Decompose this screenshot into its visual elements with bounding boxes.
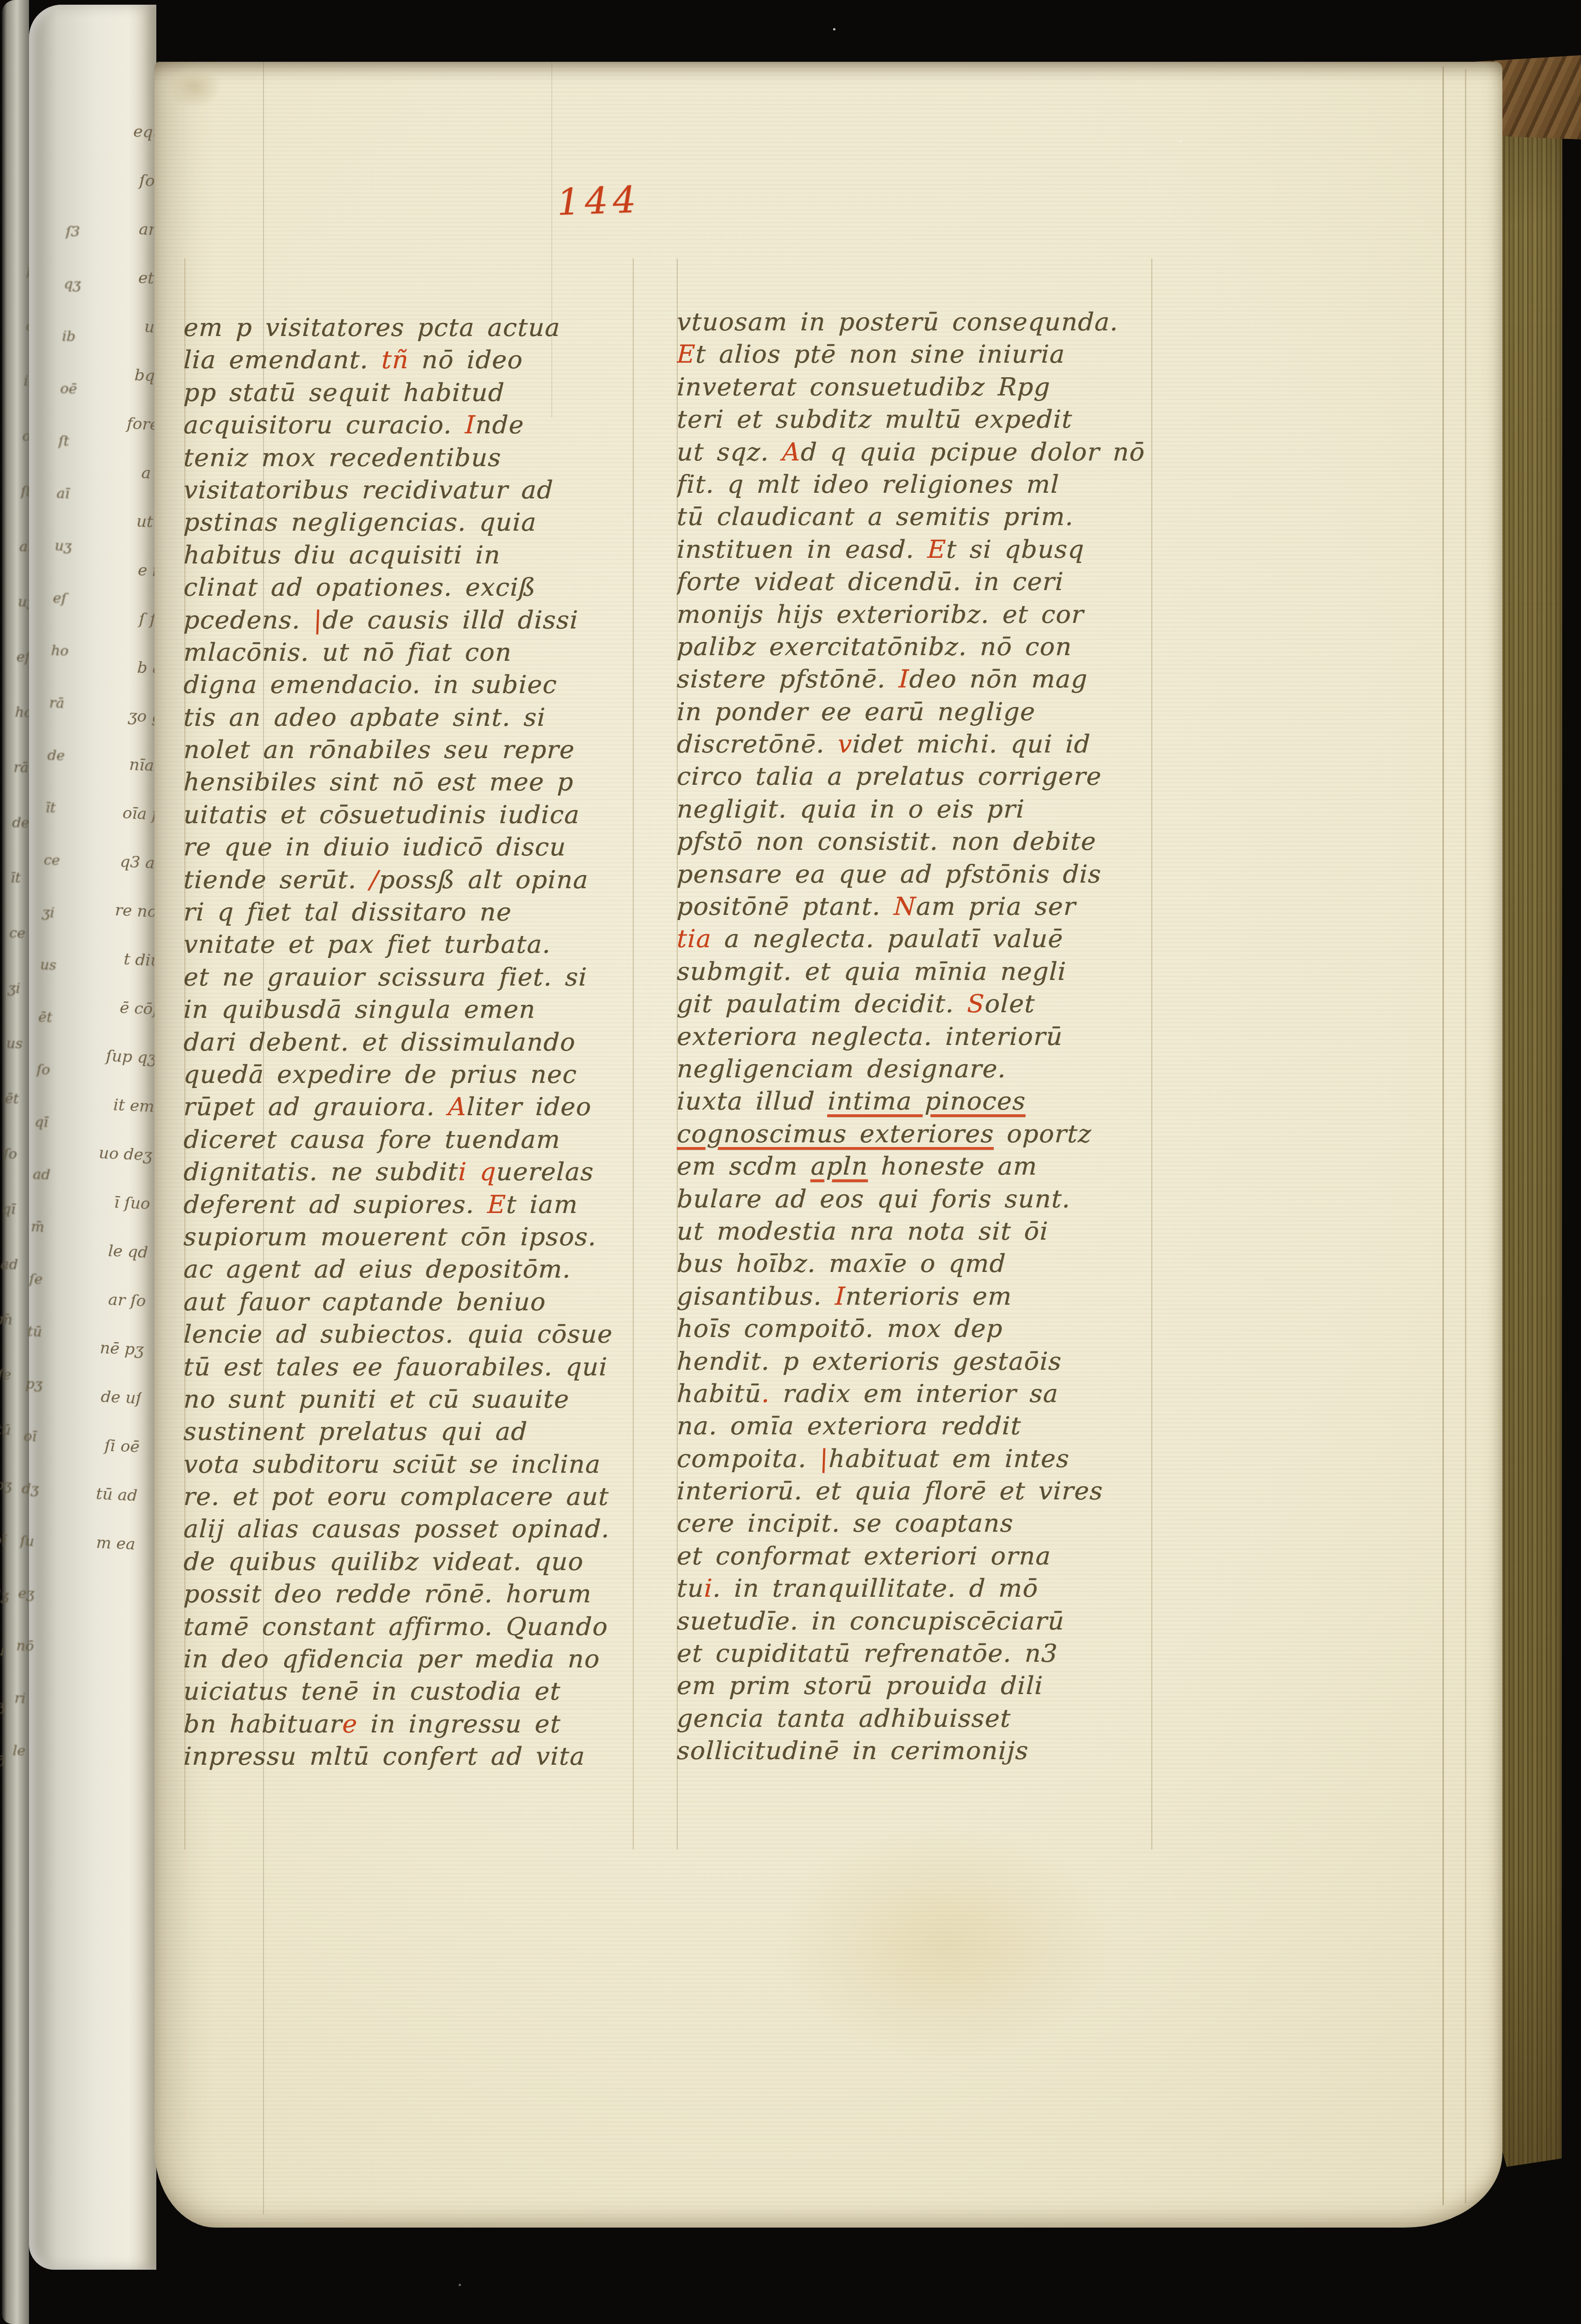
manuscript-line: tū est tales ee fauorabiles. qui xyxy=(183,1351,666,1383)
manuscript-line: ac agent ad eius depositōm. xyxy=(183,1253,666,1286)
page-edge-text-fragment: qʒ xyxy=(63,258,116,312)
manuscript-line: inpressu mltū confert ad vita xyxy=(183,1740,666,1773)
manuscript-line: re que in diuio iudicō discu xyxy=(183,831,666,863)
manuscript-line: hoīs compoitō. mox dep xyxy=(677,1313,1159,1345)
page-edge-text-fragment: dʒ xyxy=(0,1568,18,1624)
manuscript-line: tis an adeo apbate sint. si xyxy=(183,702,666,734)
manuscript-line: pfstō non consistit. non debite xyxy=(677,826,1159,858)
manuscript-line: habitū. radix em interior sa xyxy=(677,1378,1159,1410)
manuscript-line: git paulatim decidit. Solet xyxy=(677,988,1159,1020)
page-edge-text-fragment: oī xyxy=(23,1410,75,1465)
manuscript-line: dari debent. et dissimulando xyxy=(183,1026,666,1059)
manuscript-line: iuxta illud intima pinoces xyxy=(677,1085,1159,1118)
manuscript-line: ri q fiet tal dissitaro ne xyxy=(183,896,666,928)
page-edge-text-fragment: it em xyxy=(89,1080,155,1131)
page-edge-text-fragment: ſu xyxy=(19,1515,72,1570)
manuscript-line: de quibus quilibz videat. quo xyxy=(183,1546,666,1578)
manuscript-line: vtuosam in posterū consequnda. xyxy=(677,306,1159,338)
page-edge-text-fragment: nē pʒ xyxy=(78,1323,145,1374)
page-edge-text-fragment: eſ xyxy=(52,572,104,627)
manuscript-line: tia a neglecta. paulatī valuē xyxy=(677,923,1159,955)
manuscript-line: bus hoībz. maxīe o qmd xyxy=(677,1248,1159,1280)
manuscript-line: acquisitoru curacio. Inde xyxy=(183,409,666,441)
manuscript-line: cognoscimus exteriores oportz xyxy=(677,1118,1159,1150)
manuscript-line: bn habituare in ingressu et xyxy=(183,1708,666,1740)
manuscript-line: cere incipit. se coaptans xyxy=(677,1507,1159,1540)
manuscript-line: et conformat exteriori orna xyxy=(677,1540,1159,1572)
page-edge-text-fragment: ho xyxy=(50,625,102,679)
page-edge-text-fragment: ſo xyxy=(3,1126,29,1182)
manuscript-line: bulare ad eos qui foris sunt. xyxy=(677,1183,1159,1215)
manuscript-line: pstinas negligencias. quia xyxy=(183,506,666,539)
page-edge-text-fragment: pʒ xyxy=(25,1358,77,1412)
page-edge-text-fragment: ī ſuo xyxy=(85,1177,151,1228)
manuscript-line: pensare ea que ad pfstōnis dis xyxy=(677,858,1159,891)
manuscript-line: et cupiditatū refrenatōe. n3 xyxy=(677,1637,1159,1670)
page-edge-text-fragment: ri xyxy=(14,1672,66,1726)
manuscript-line: diceret causa fore tuendam xyxy=(183,1124,666,1156)
manuscript-line: circo talia a prelatus corrigere xyxy=(677,760,1159,793)
page-edge-text-fragment: rā xyxy=(48,677,101,731)
manuscript-line: inveterat consuetudibz Rpg xyxy=(677,371,1159,403)
manuscript-line: exteriora neglecta. interiorū xyxy=(677,1021,1159,1053)
dust-speck xyxy=(1179,140,1182,143)
manuscript-line: hendit. p exterioris gestaōis xyxy=(677,1345,1159,1378)
manuscript-line: instituen in easd. Et si qbusq xyxy=(677,533,1159,566)
page-edge-text-fragment: ſe xyxy=(28,1253,81,1308)
manuscript-line: teniz mox recedentibus xyxy=(183,442,666,474)
page-edge-text-fragment: de xyxy=(46,730,99,784)
manuscript-line: forte videat dicendū. in ceri xyxy=(677,566,1159,598)
page-edge-text-fragment: ēt xyxy=(4,1071,31,1127)
manuscript-line: lia emendant. tñ nō ideo xyxy=(183,344,666,376)
page-edge-text-fragment: ſu xyxy=(0,1623,16,1679)
page-curl-line-1 xyxy=(1442,66,1444,2205)
manuscript-line: tū claudicant a semitis prim. xyxy=(677,501,1159,533)
page-edge-text-fragment: uʒ xyxy=(54,520,106,574)
page-edge-text-fragment: ad xyxy=(32,1148,84,1203)
manuscript-line: possit deo redde rōnē. horum xyxy=(183,1578,666,1610)
manuscript-line: in deo qfidencia per media no xyxy=(183,1643,666,1675)
text-column-right: vtuosam in posterū consequnda.Et alios p… xyxy=(677,306,1159,1794)
manuscript-line: pcedens. |de causis illd dissi xyxy=(183,604,666,636)
page-edge-text-fragment: ad xyxy=(0,1237,27,1293)
page-edge-text-fragment: ſup qʒ xyxy=(91,1031,157,1082)
page-edge-text-fragment: pʒ xyxy=(0,1458,21,1513)
manuscript-line: aut fauor captande beniuo xyxy=(183,1286,666,1318)
page-edge-text-fragment: eʒ xyxy=(17,1568,70,1622)
page-edge-text-fragment: m̄ xyxy=(0,1292,25,1348)
page-edge-text-fragment: m ea xyxy=(70,1517,136,1569)
manuscript-page: 144 em p visitatores pcta actualia emend… xyxy=(154,62,1502,2228)
page-edge-text-fragment: ce xyxy=(43,834,95,889)
manuscript-line: positōnē ptant. Nam pria ser xyxy=(677,891,1159,923)
manuscript-line: sustinent prelatus qui ad xyxy=(183,1416,666,1448)
dust-speck xyxy=(459,2284,461,2286)
manuscript-line: vnitate et pax fiet turbata. xyxy=(183,928,666,961)
manuscript-line: digna emendacio. in subiec xyxy=(183,669,666,701)
manuscript-line: em prim storū prouida dili xyxy=(677,1670,1159,1702)
manuscript-line: tui. in tranquillitate. d mō xyxy=(677,1572,1159,1605)
manuscript-line: sollicitudinē in cerimonijs xyxy=(677,1735,1159,1767)
page-edge-text-fragment: us xyxy=(6,1016,32,1072)
page-edge-text-fragment: nō xyxy=(15,1620,68,1674)
manuscript-line: in quibusdā singula emen xyxy=(183,994,666,1026)
manuscript-line: na. omīa exteriora reddit xyxy=(677,1410,1159,1442)
manuscript-line: in ponder ee earū neglige xyxy=(677,696,1159,728)
manuscript-line: em scdm apln honeste am xyxy=(677,1150,1159,1183)
manuscript-line: re. et pot eoru complacere aut xyxy=(183,1481,666,1513)
page-edge-text-fragment: qī xyxy=(1,1182,28,1237)
manuscript-line: vota subditoru sciūt se inclina xyxy=(183,1448,666,1481)
text-column-left: em p visitatores pcta actualia emendant.… xyxy=(183,312,666,1800)
manuscript-line: uiciatus tenē in custodia et xyxy=(183,1675,666,1708)
manuscript-photo: { "page": { "folio_number": "144", "colo… xyxy=(0,0,1581,2324)
manuscript-line: hensibiles sint nō est mee p xyxy=(183,766,666,798)
page-edge-text-fragment: le xyxy=(12,1725,64,1779)
manuscript-line: quedā expedire de prius nec xyxy=(183,1059,666,1091)
manuscript-line: Et alios ptē non sine iniuria xyxy=(677,338,1159,371)
page-edge-text-fragment: īt xyxy=(45,782,97,836)
page-edge-text-fragment: ar ſo xyxy=(81,1274,147,1326)
page-edge-text-fragment: m̄ xyxy=(30,1201,82,1255)
page-edge-text-fragment: tū ad xyxy=(72,1469,138,1520)
manuscript-line: negligit. quia in o eis pri xyxy=(677,793,1159,826)
page-edge-text-fragment: dʒ xyxy=(21,1463,73,1517)
page-edge-text-fragment: ſi oē xyxy=(74,1420,140,1471)
manuscript-line: no sunt puniti et cū suauite xyxy=(183,1383,666,1416)
page-edge-text-fragment: uo deʒ xyxy=(87,1128,153,1180)
manuscript-line: visitatoribus recidivatur ad xyxy=(183,474,666,506)
page-edge-text-fragment: le qd xyxy=(82,1226,149,1277)
page-edge-text-fragment: ēt xyxy=(37,991,90,1045)
manuscript-line: pp statū sequit habitud xyxy=(183,377,666,409)
page-edge-text-fragment: ʒi xyxy=(41,886,94,941)
page-edge-text-fragment: aī xyxy=(56,468,108,522)
folio-number: 144 xyxy=(556,178,670,224)
manuscript-line: teri et subditz multū expedit xyxy=(677,403,1159,436)
manuscript-line: monijs hijs exterioribz. et cor xyxy=(677,599,1159,631)
manuscript-line: discretōnē. videt michi. qui id xyxy=(677,728,1159,760)
manuscript-line: ut sqz. Ad q quia pcipue dolor nō xyxy=(677,436,1159,468)
page-edge-text-fragment: oē xyxy=(59,363,112,417)
manuscript-line: alij alias causas posset opinad. xyxy=(183,1513,666,1545)
manuscript-line: negligenciam designare. xyxy=(677,1053,1159,1085)
page-edge-text-fragment: re noſ xyxy=(97,885,164,936)
page-edge-text-fragment: ſ3 xyxy=(65,205,117,260)
manuscript-line: gencia tanta adhibuisset xyxy=(677,1703,1159,1735)
manuscript-line: suetudīe. in concupiscēciarū xyxy=(677,1605,1159,1637)
manuscript-line: sistere pfstōnē. Ideo nōn mag xyxy=(677,663,1159,695)
manuscript-line: dignitatis. ne subditi querelas xyxy=(183,1156,666,1188)
manuscript-line: palibz exercitatōnibz. nō con xyxy=(677,631,1159,663)
manuscript-line: tiende serūt. /possß alt opina xyxy=(183,864,666,896)
page-edge-text-fragment: oī xyxy=(0,1513,19,1569)
page-edge-text-fragment: tū xyxy=(26,1306,79,1360)
manuscript-line: supiorum mouerent cōn ipsos. xyxy=(183,1221,666,1253)
manuscript-line: rūpet ad grauiora. Aliter ideo xyxy=(183,1091,666,1123)
page-edge-text-fragment: ſo xyxy=(36,1044,88,1098)
page-edge-text-fragment: ſt xyxy=(58,415,110,469)
manuscript-line: habitus diu acquisiti in xyxy=(183,539,666,571)
left-page-stack: ſ3qʒiboēſtaīuʒeſhorādeītceʒiusētſoqīadm̄… xyxy=(29,5,156,2270)
manuscript-line: ut modestia nra nota sit ōi xyxy=(677,1215,1159,1248)
page-edge-text-fragment: ē cōſ xyxy=(93,982,160,1034)
frayed-thread xyxy=(165,66,221,108)
manuscript-line: uitatis et cōsuetudinis iudica xyxy=(183,799,666,831)
manuscript-line: fit. q mlt ideo religiones ml xyxy=(677,468,1159,501)
manuscript-line: interiorū. et quia florē et vires xyxy=(677,1475,1159,1507)
manuscript-line: em p visitatores pcta actua xyxy=(183,312,666,344)
manuscript-line: mlacōnis. ut nō fiat con xyxy=(183,636,666,669)
manuscript-line: clinat ad opationes. exciß xyxy=(183,571,666,604)
manuscript-line: et ne grauior scissura fiet. si xyxy=(183,961,666,994)
manuscript-line: lencie ad subiectos. quia cōsue xyxy=(183,1318,666,1351)
manuscript-line: deferent ad supiores. Et iam xyxy=(183,1189,666,1221)
manuscript-line: gisantibus. Interioris em xyxy=(677,1280,1159,1313)
page-edge-text-fragment: eʒ xyxy=(0,1679,15,1734)
page-edge-text-fragment: de uſ xyxy=(76,1371,142,1423)
page-edge-text-fragment: tū xyxy=(0,1403,22,1458)
manuscript-line: compoita. |habituat em intes xyxy=(677,1443,1159,1475)
manuscript-line: tamē constant affirmo. Quando xyxy=(183,1611,666,1643)
page-edge-text-fragment: qī xyxy=(34,1096,86,1150)
page-edge-text-fragment: ſe xyxy=(0,1347,24,1403)
manuscript-line: submgit. et quia mīnia negli xyxy=(677,956,1159,988)
page-curl-line-2 xyxy=(1465,69,1466,2203)
page-edge-text-fragment: ib xyxy=(61,310,114,365)
page-edge-text-fragment: t diū xyxy=(95,934,161,985)
dust-speck xyxy=(833,28,835,30)
manuscript-line: nolet an rōnabiles seu repre xyxy=(183,734,666,766)
page-edge-text-fragment: us xyxy=(39,939,92,993)
